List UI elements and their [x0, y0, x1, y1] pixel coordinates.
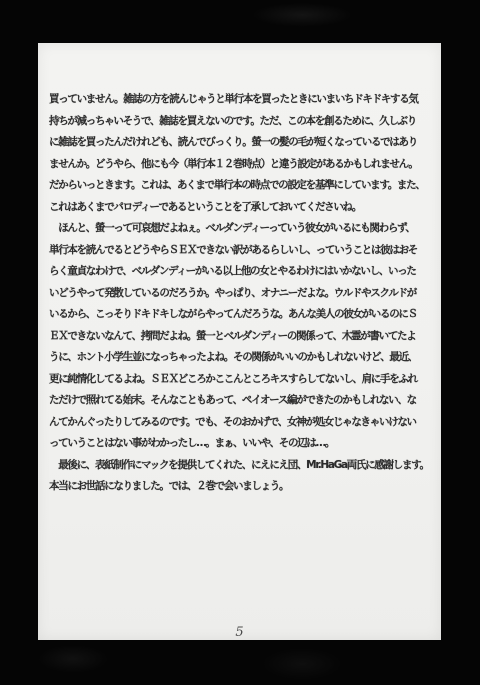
- text-line: んてかんぐったりしてみるのです。でも、そのおかげで、女神が処女じゃなきゃいけない: [49, 412, 431, 434]
- text-line: 最後に、表紙制作にマックを提供してくれた、にえにえ団、Mr.HaGa両氏に感謝し…: [49, 455, 431, 477]
- scan-artifact: [252, 3, 352, 27]
- text-line: に雑誌を買ったんだけれども、読んでびっくり。螢一の髪の毛が短くなっているではあり: [49, 132, 431, 154]
- text-line: いどうやって発散しているのだろうか。やっぱり、オナニーだよな。ウルドやスクルドが: [49, 283, 431, 305]
- text-line: これはあくまでパロディーであるということを了承しておいてくださいね。: [49, 197, 431, 219]
- text-line: ほんと、螢一って可哀想だよねぇ。ベルダンディーっていう彼女がいるにも関わらず、: [49, 218, 431, 240]
- text-line: 買っていません。雑誌の方を読んじゃうと単行本を買ったときにいまいちドキドキする気: [49, 89, 431, 111]
- scan-artifact: [38, 645, 108, 673]
- text-line: 更に純情化してるよね。ＳＥＸどころかここんところキスすらしてないし、肩に手をふれ: [49, 369, 431, 391]
- text-line: っていうことはない事がわかったし…。まぁ、いいや、その辺は…。: [49, 433, 431, 455]
- text-line: らく童貞なわけで、ベルダンディーがいる以上他の女とやるわけにはいかないし、いった: [49, 261, 431, 283]
- scan-artifact: [262, 648, 342, 680]
- text-line: 単行本を読んでるとどうやらＳＥＸできない訳があるらしいし、っていうことは彼はおそ: [49, 240, 431, 262]
- text-line: うに、ホント小学生並になっちゃったよね。その関係がいいのかもしれないけど、最近、: [49, 347, 431, 369]
- text-line: だからいっときます。これは、あくまで単行本の時点での設定を基準にしています。また…: [49, 175, 431, 197]
- book-page: 買っていません。雑誌の方を読んじゃうと単行本を買ったときにいまいちドキドキする気…: [38, 43, 441, 640]
- text-line: 本当にお世話になりました。では、２巻で会いましょう。: [49, 476, 431, 498]
- text-line: ＥＸできないなんて、拷問だよね。螢一とベルダンディーの関係って、木霊が書いてたよ: [49, 326, 431, 348]
- text-line: ませんか。どうやら、他にも今（単行本１２巻時点）と違う設定があるかもしれません。: [49, 154, 431, 176]
- afterword-text: 買っていません。雑誌の方を読んじゃうと単行本を買ったときにいまいちドキドキする気…: [49, 89, 431, 498]
- text-line: いるから、こっそりドキドキしながらやってんだろうな。あんな美人の彼女がいるのにＳ: [49, 304, 431, 326]
- text-line: ただけで照れてる始末。そんなこともあって、ペイオース編ができたのかもしれない、な: [49, 390, 431, 412]
- page-number: 5: [38, 625, 441, 640]
- text-line: 持ちが減っちゃいそうで、雑誌を買えないのです。ただ、この本を創るために、久しぶり: [49, 111, 431, 133]
- scan-background: 買っていません。雑誌の方を読んじゃうと単行本を買ったときにいまいちドキドキする気…: [0, 0, 480, 685]
